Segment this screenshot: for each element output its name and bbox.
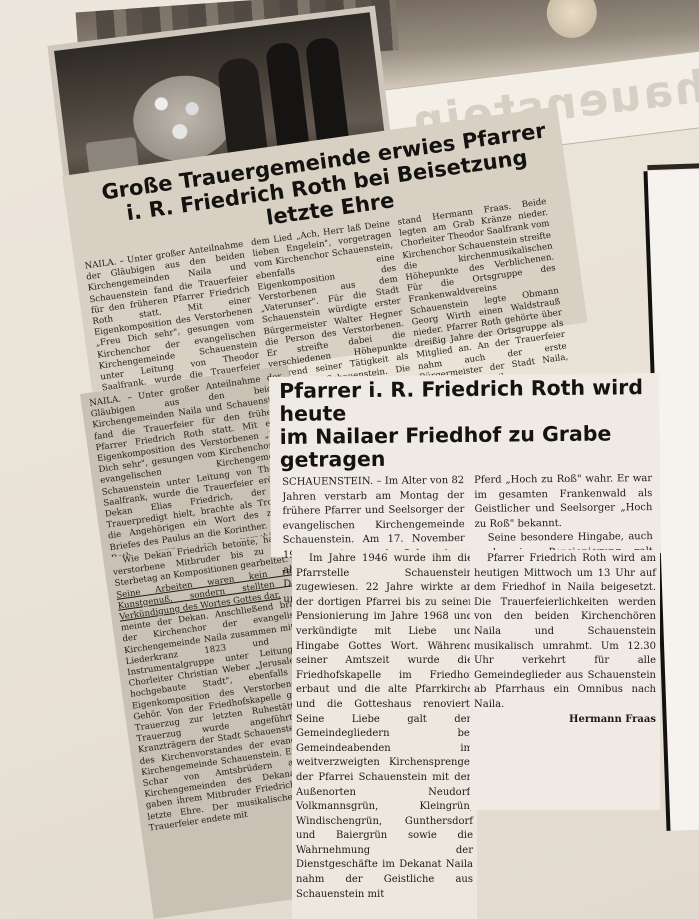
clergy-figure <box>305 37 350 150</box>
article2-col2-continued: Pfarrer Friedrich Roth wird am heutigen … <box>470 550 660 729</box>
article2-col1-continued: Im Jahre 1946 wurde ihm die Pfarrstelle … <box>292 550 477 904</box>
clergy-figure <box>265 41 310 154</box>
card-edge-line <box>647 163 699 170</box>
article1-col3: stand Hermann Fraas. Beide legten am Gra… <box>397 197 570 395</box>
article2-col1-lower: Im Jahre 1946 wurde ihm die Pfarrstelle … <box>292 550 477 919</box>
article2-headline: Pfarrer i. R. Friedrich Roth wird heute … <box>269 373 660 474</box>
photo-child <box>545 0 598 40</box>
article2-clipping: Pfarrer i. R. Friedrich Roth wird heute … <box>269 373 661 557</box>
article2-col2-lower: Pfarrer Friedrich Roth wird am heutigen … <box>470 550 660 810</box>
article2-author: Hermann Fraas <box>474 713 656 728</box>
